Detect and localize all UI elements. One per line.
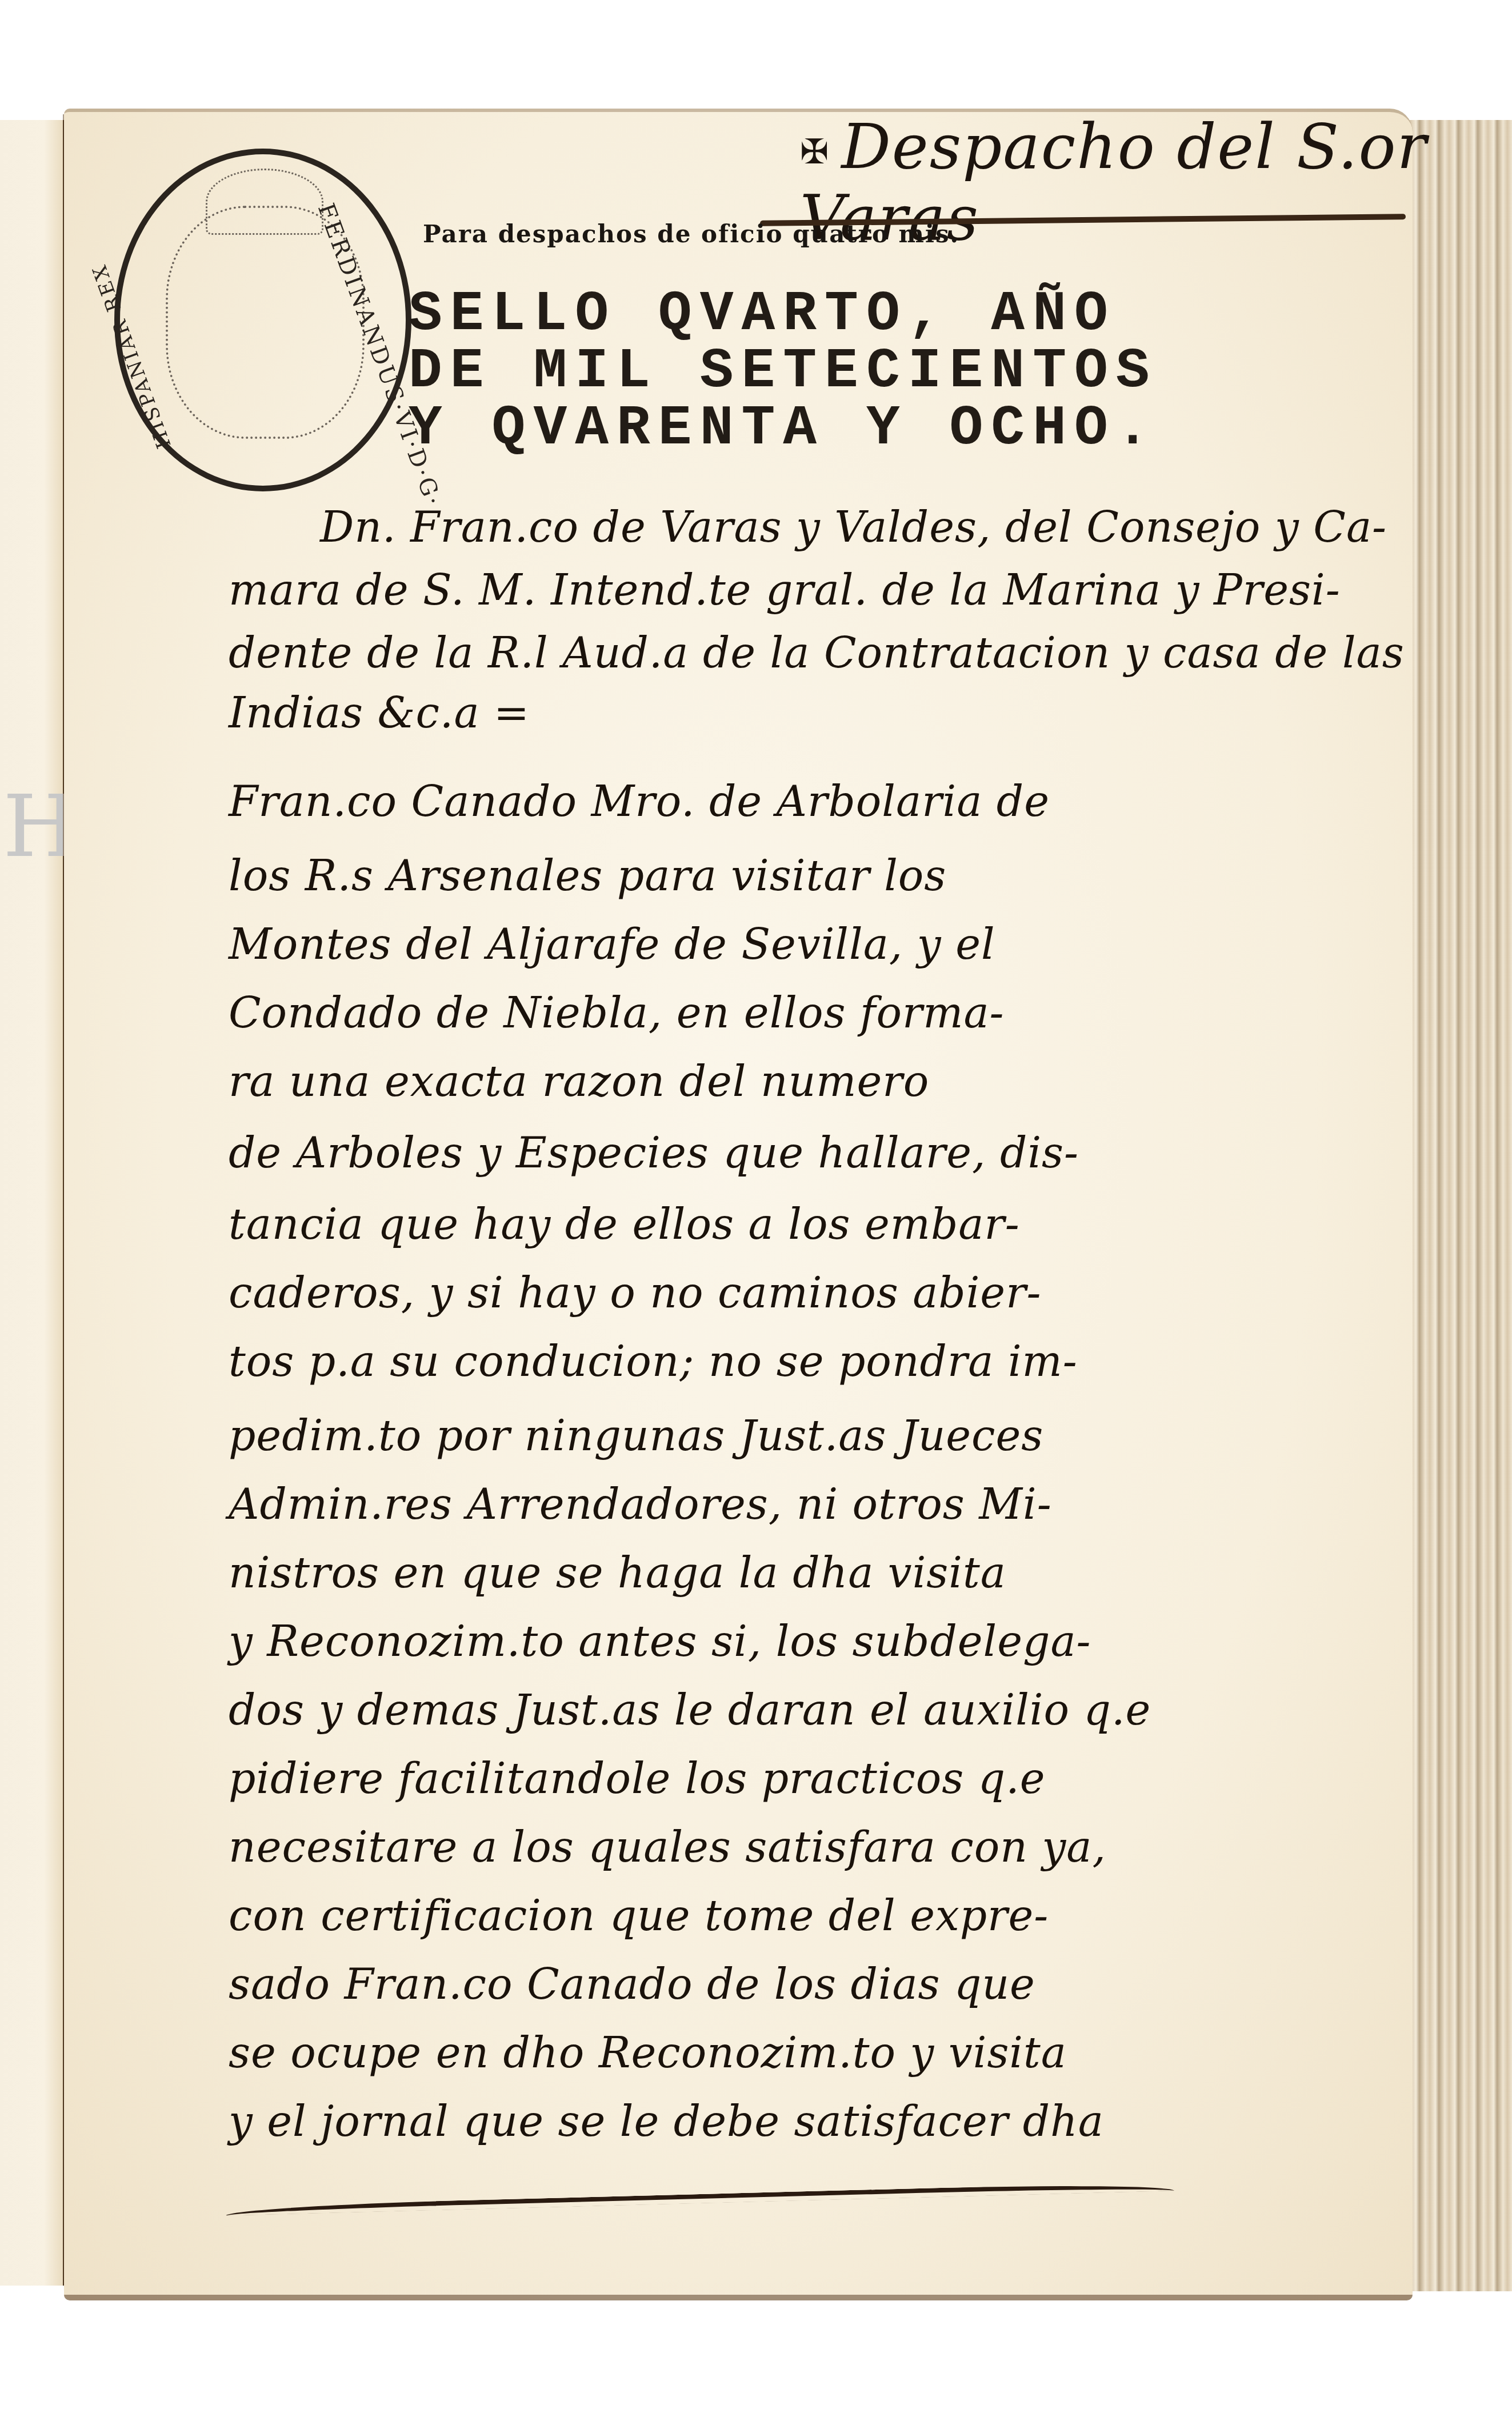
page-stack-edge [1406, 120, 1512, 2291]
manuscript-line: Admin.res Arrendadores, ni otros Mi- [229, 1480, 1052, 1529]
manuscript-line: pedim.to por ningunas Just.as Jueces [229, 1411, 1043, 1460]
manuscript-line: necesitare a los quales satisfara con ya… [229, 1823, 1106, 1872]
manuscript-line: Montes del Aljarafe de Sevilla, y el [229, 920, 995, 969]
manuscript-line: dente de la R.l Aud.a de la Contratacion… [229, 629, 1405, 678]
printed-subheading: Para despachos de oficio quatro mis. [423, 220, 959, 248]
manuscript-line: tos p.a su conducion; no se pondra im- [229, 1337, 1078, 1386]
manuscript-line: Indias &c.a = [229, 689, 530, 738]
manuscript-line: sado Fran.co Canado de los dias que [229, 1960, 1035, 2009]
manuscript-line: ra una exacta razon del numero [229, 1057, 929, 1106]
manuscript-line: pidiere facilitandole los practicos q.e [229, 1754, 1046, 1803]
manuscript-line: mara de S. M. Intend.te gral. de la Mari… [229, 566, 1341, 615]
printed-title-line-3: Y QVARENTA Y OCHO. [409, 397, 1158, 461]
manuscript-line: se ocupe en dho Reconozim.to y visita [229, 2028, 1067, 2078]
manuscript-line: de Arboles y Especies que hallare, dis- [229, 1129, 1079, 1178]
printed-title-line-2: DE MIL SETECIENTOS [409, 340, 1158, 403]
manuscript-line: nistros en que se haga la dha visita [229, 1548, 1006, 1598]
manuscript-line: Condado de Niebla, en ellos forma- [229, 989, 1005, 1038]
manuscript-line: dos y demas Just.as le daran el auxilio … [229, 1686, 1151, 1735]
left-page-fragment: H [0, 120, 65, 2286]
royal-seal-stamp: FERDINANDUS·VI·D·G· HISPANIAR·REX [114, 149, 411, 491]
manuscript-line: Dn. Fran.co de Varas y Valdes, del Conse… [320, 503, 1387, 552]
manuscript-line: y Reconozim.to antes si, los subdelega- [229, 1617, 1091, 1666]
manuscript-line: tancia que hay de ellos a los embar- [229, 1200, 1020, 1249]
manuscript-line: y el jornal que se le debe satisfacer dh… [229, 2097, 1104, 2146]
cross-icon: ✠ [800, 132, 830, 172]
manuscript-line: con certificacion que tome del expre- [229, 1891, 1049, 1940]
manuscript-line: los R.s Arsenales para visitar los [229, 851, 946, 901]
manuscript-line: caderos, y si hay o no caminos abier- [229, 1268, 1042, 1318]
printed-title-line-1: SELLO QVARTO, AÑO [409, 283, 1116, 346]
manuscript-line: Fran.co Canado Mro. de Arbolaria de [229, 777, 1050, 826]
